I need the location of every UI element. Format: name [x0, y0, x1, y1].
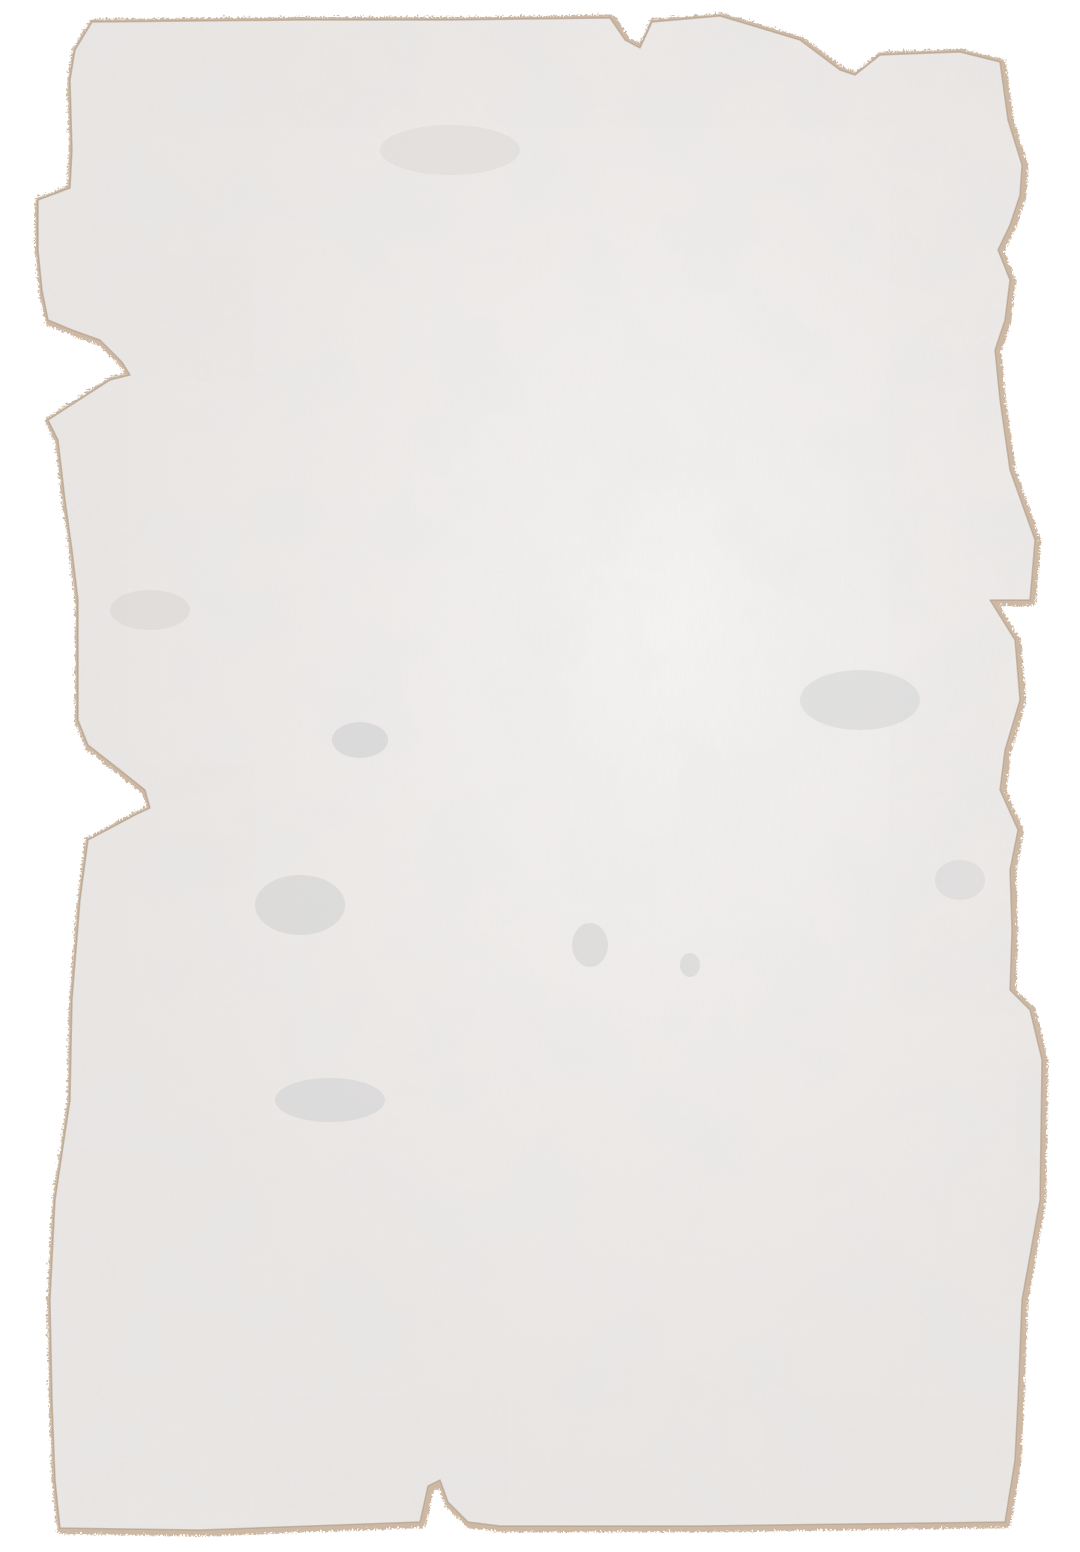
rug-body	[0, 0, 1080, 1552]
rug-image	[0, 0, 1080, 1552]
product-photo	[0, 0, 1080, 1552]
